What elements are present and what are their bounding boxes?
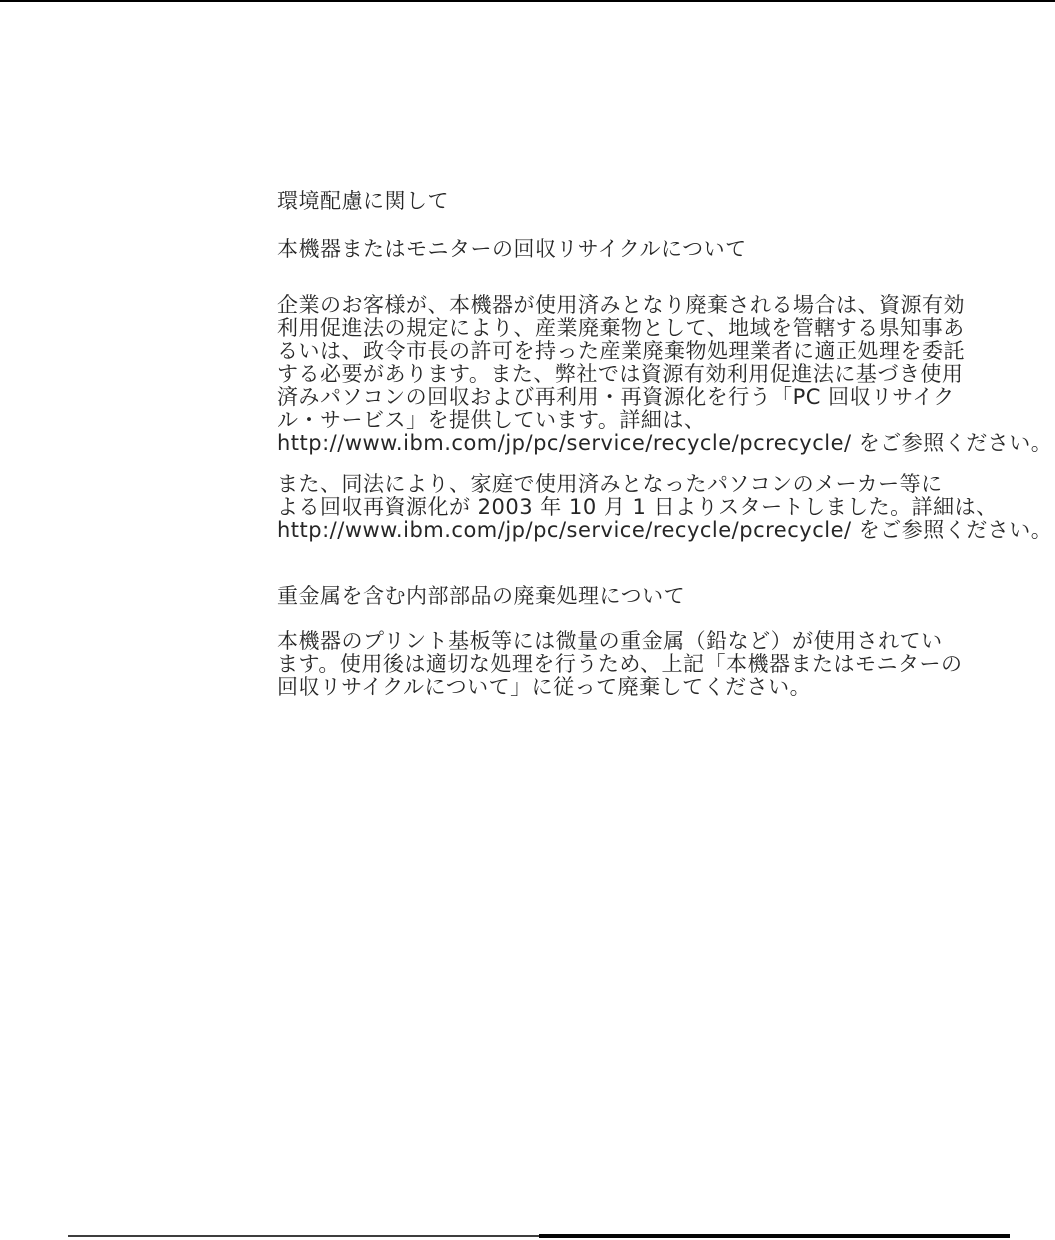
page-heading: 環境配慮に関して	[277, 190, 1047, 213]
paragraph-corporate-recycle: 企業のお客様が、本機器が使用済みとなり廃棄される場合は、資源有効 利用促進法の規…	[277, 294, 1047, 455]
paragraph-home-recycle: また、同法により、家庭で使用済みとなったパソコンのメーカー等に よる回収再資源化…	[277, 473, 1047, 542]
document-page: 環境配慮に関して 本機器またはモニターの回収リサイクルについて 企業のお客様が、…	[0, 0, 1055, 1240]
footer-rule-right	[539, 1234, 1010, 1238]
section-heading-recycle: 本機器またはモニターの回収リサイクルについて	[277, 238, 1047, 261]
page-content: 環境配慮に関して 本機器またはモニターの回収リサイクルについて 企業のお客様が、…	[277, 190, 1047, 699]
paragraph-heavy-metal: 本機器のプリント基板等には微量の重金属（鉛など）が使用されてい ます。使用後は適…	[277, 630, 1047, 699]
page-top-border	[0, 0, 1055, 2]
section-heading-heavy-metal: 重金属を含む内部部品の廃棄処理について	[277, 585, 1047, 608]
footer-rule-left	[68, 1235, 539, 1237]
